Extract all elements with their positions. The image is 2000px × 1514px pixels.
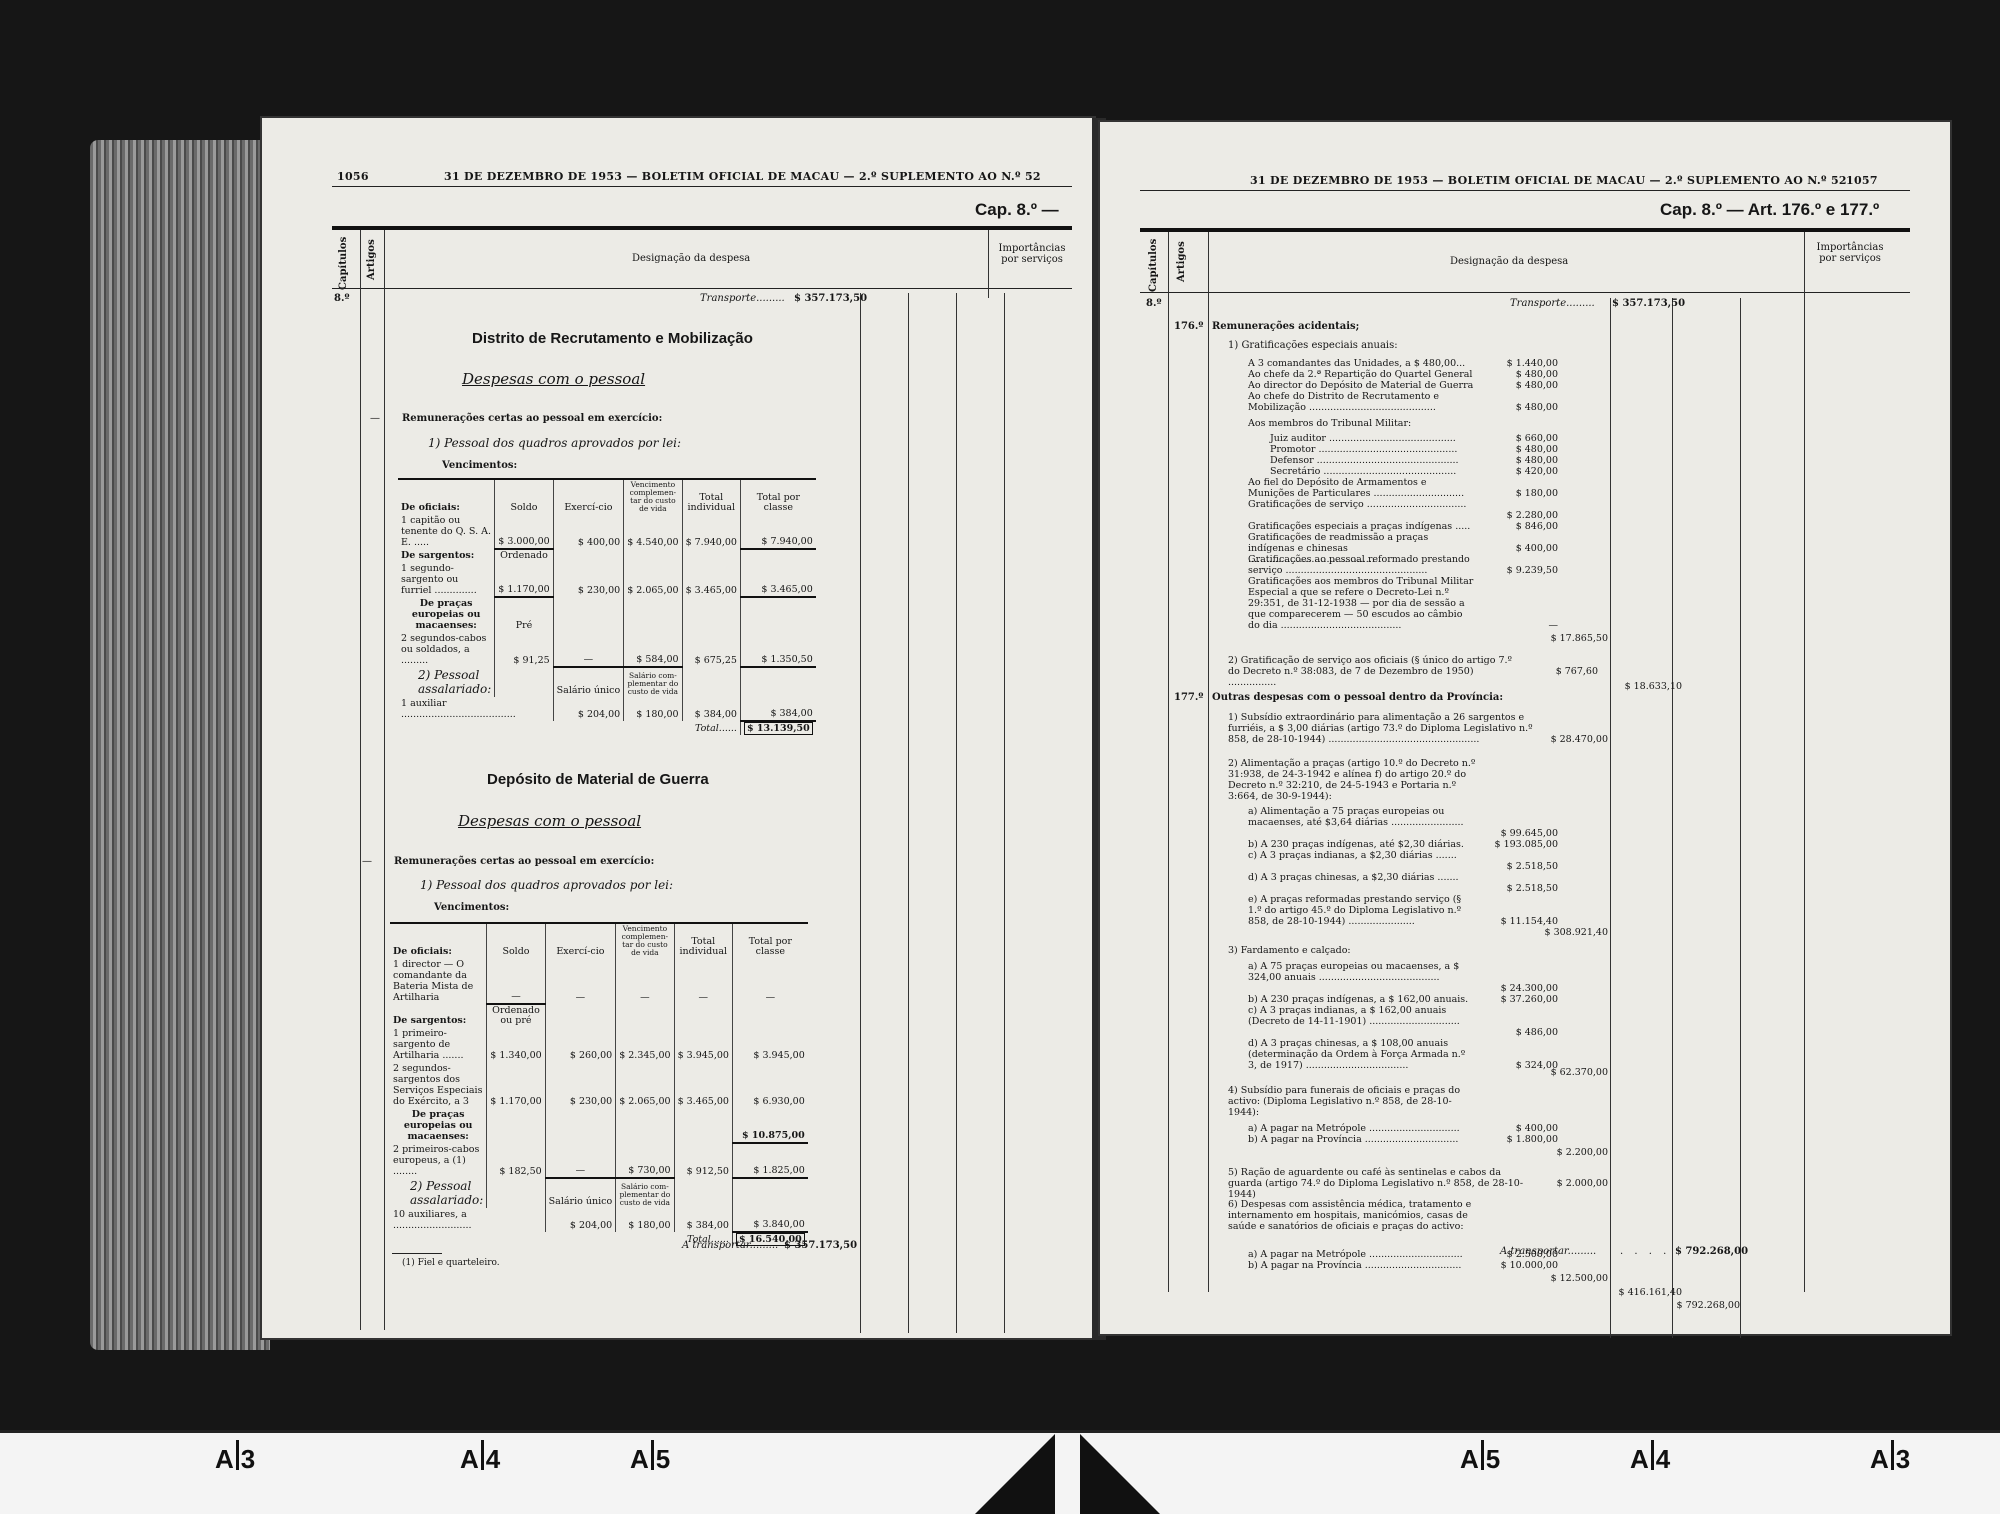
line-amount: $ 420,00 xyxy=(1478,466,1558,477)
table-row: 2 primeiros-cabos europeus, a (1) ......… xyxy=(390,1143,808,1178)
film-marker: A3 xyxy=(1870,1440,1910,1475)
column-header-artigos: Artigos xyxy=(1176,242,1187,282)
table-row: 1 primeiro-sargento de Artilharia ......… xyxy=(390,1027,808,1062)
transporte-value: $ 357.173,50 xyxy=(794,293,867,305)
line-item: Gratificações de serviço ...............… xyxy=(1248,499,1474,510)
line-amount: $ 2.518,50 xyxy=(1478,883,1558,894)
line-amount: $ 2.000,00 xyxy=(1500,1178,1608,1189)
column-header-artigos: Artigos xyxy=(366,240,377,280)
line-item: Ao director do Depósito de Material de G… xyxy=(1248,380,1474,391)
vencimentos-label: Vencimentos: xyxy=(434,902,509,914)
line-amount: $ 480,00 xyxy=(1478,444,1558,455)
table-row: 2 segundos-sargentos dos Serviços Especi… xyxy=(390,1062,808,1108)
chapter-heading: Cap. 8.º — Art. 176.º e 177.º xyxy=(1660,200,1879,220)
running-header: 31 DE DEZEMBRO DE 1953 — BOLETIM OFICIAL… xyxy=(444,170,1041,183)
item-heading: 1) Pessoal dos quadros aprovados por lei… xyxy=(428,436,681,450)
column-header-designacao: Designação da despesa xyxy=(632,253,750,264)
line-item: A 3 comandantes das Unidades, a $ 480,00… xyxy=(1248,358,1474,369)
section-title: Distrito de Recrutamento e Mobilização xyxy=(472,330,753,347)
dash-marker: — xyxy=(370,413,380,425)
page-number: 1056 xyxy=(337,170,369,183)
line-item: Secretário .............................… xyxy=(1270,466,1474,477)
line-amount: $ 180,00 xyxy=(1478,488,1558,499)
line-item: 6) Despesas com assistência médica, trat… xyxy=(1228,1199,1478,1232)
line-item: a) Alimentação a 75 praças europeias ou … xyxy=(1248,806,1474,828)
leader-dots: . . . . xyxy=(1620,1246,1670,1258)
column-header-capitulos: Capítulos xyxy=(338,240,349,290)
line-amount: $ 2.500,00 xyxy=(1478,1249,1558,1260)
line-item: 5) Ração de aguardente ou café às sentin… xyxy=(1228,1167,1538,1200)
line-item: Juiz auditor ...........................… xyxy=(1270,433,1474,444)
article-number: 176.º xyxy=(1174,321,1203,333)
vencimentos-label: Vencimentos: xyxy=(442,460,517,472)
section-title: Depósito de Material de Guerra xyxy=(487,771,709,788)
line-amount: $ 486,00 xyxy=(1478,1027,1558,1038)
line-item: Gratificações ao pessoal reformado prest… xyxy=(1248,554,1474,576)
chapter-heading: Cap. 8.º — xyxy=(975,200,1059,220)
line-amount: $ 11.154,40 xyxy=(1478,916,1558,927)
line-item: 4) Subsídio para funerais de oficiais e … xyxy=(1228,1085,1478,1118)
column-header-importancias: Importâncias por serviços xyxy=(992,243,1072,265)
class-subtotal: $ 10.875,00 xyxy=(732,1108,807,1143)
line-amount: $ 480,00 xyxy=(1478,402,1558,413)
line-amount: $ 2.280,00 xyxy=(1478,510,1558,521)
line-item: Ao fiel do Depósito de Armamentos e Muni… xyxy=(1248,477,1474,499)
line-item: Ao chefe da 2.ª Repartição do Quartel Ge… xyxy=(1248,369,1474,380)
item-heading: 1) Pessoal dos quadros aprovados por lei… xyxy=(420,878,673,892)
left-arrow-marker xyxy=(975,1434,1055,1514)
line-item: Gratificações especiais a praças indígen… xyxy=(1248,521,1474,532)
line-amount: $ 2.518,50 xyxy=(1478,861,1558,872)
item-heading: 1) Gratificações especiais anuais: xyxy=(1228,340,1398,352)
line-amount: $ 24.300,00 xyxy=(1478,983,1558,994)
column-header-importancias: Importâncias por serviços xyxy=(1810,242,1890,264)
line-item: Defensor ...............................… xyxy=(1270,455,1474,466)
book-page-edges xyxy=(90,140,270,1350)
section-heading: Remunerações certas ao pessoal em exercí… xyxy=(402,413,662,425)
line-amount: $ 99.645,00 xyxy=(1478,828,1558,839)
a-transportar-value: $ 792.268,00 xyxy=(1675,1246,1748,1258)
line-amount: $ 660,00 xyxy=(1478,433,1558,444)
column-header-capitulos: Capítulos xyxy=(1148,242,1159,292)
line-item: Aos membros do Tribunal Militar: xyxy=(1248,418,1508,429)
line-item: Promotor ...............................… xyxy=(1270,444,1474,455)
film-marker: A5 xyxy=(1460,1440,1500,1475)
film-marker: A5 xyxy=(630,1440,670,1475)
salary-table-2: De oficiais: Soldo Exercí-cio Vencimento… xyxy=(390,922,808,1246)
salary-table-1: De oficiais: Soldo Exercí-cio Vencimento… xyxy=(398,478,816,735)
right-arrow-marker xyxy=(1080,1434,1160,1514)
page-number: 1057 xyxy=(1846,174,1878,187)
article-total: $ 416.161,40 xyxy=(1612,1287,1682,1298)
column-header-designacao: Designação da despesa xyxy=(1450,256,1568,267)
line-amount: — xyxy=(1478,620,1558,631)
line-item: a) A pagar na Metrópole ................… xyxy=(1248,1249,1474,1260)
grand-total: $ 792.268,00 xyxy=(1675,1300,1740,1311)
left-page: 1056 31 DE DEZEMBRO DE 1953 — BOLETIM OF… xyxy=(262,118,1094,1338)
dash-marker: — xyxy=(362,856,372,868)
footnote: (1) Fiel e quarteleiro. xyxy=(402,1258,500,1269)
section-total: $ 13.139,50 xyxy=(744,722,813,735)
running-header: 31 DE DEZEMBRO DE 1953 — BOLETIM OFICIAL… xyxy=(1250,174,1847,187)
line-amount: $ 1.440,00 xyxy=(1478,358,1558,369)
line-item: Gratificações aos membros do Tribunal Mi… xyxy=(1248,576,1474,631)
table-row: 1 auxiliar .............................… xyxy=(398,697,816,721)
line-item: b) A 230 praças indígenas, até $2,30 diá… xyxy=(1248,839,1474,850)
item-subtotal: $ 12.500,00 xyxy=(1530,1273,1608,1284)
line-amount: $ 767,60 xyxy=(1500,666,1598,677)
item-subtotal: $ 17.865,50 xyxy=(1530,633,1608,644)
line-item: Ao chefe do Distrito de Recrutamento e M… xyxy=(1248,391,1474,413)
line-item: c) A 3 praças indianas, a $2,30 diárias … xyxy=(1248,850,1474,861)
line-item: 2) Alimentação a praças (artigo 10.º do … xyxy=(1228,758,1478,802)
line-item: d) A 3 praças chinesas, a $ 108,00 anuai… xyxy=(1248,1038,1474,1071)
film-marker: A4 xyxy=(1630,1440,1670,1475)
line-item: 3) Fardamento e calçado: xyxy=(1228,945,1478,956)
line-item: 1) Subsídio extraordinário para alimenta… xyxy=(1228,712,1538,745)
line-amount: $ 37.260,00 xyxy=(1478,994,1558,1005)
chapter-cell: 8.º xyxy=(1146,298,1161,310)
line-item: c) A 3 praças indianas, a $ 162,00 anuai… xyxy=(1248,1005,1474,1027)
chapter-cell: 8.º xyxy=(334,293,349,305)
section-subtitle: Despesas com o pessoal xyxy=(458,812,641,830)
article-number: 177.º xyxy=(1174,692,1203,704)
article-total: $ 18.633,10 xyxy=(1612,681,1682,692)
film-marker: A4 xyxy=(460,1440,500,1475)
film-marker: A3 xyxy=(215,1440,255,1475)
line-item: b) A pagar na Província ................… xyxy=(1248,1260,1474,1271)
line-item: b) A 230 praças indígenas, a $ 162,00 an… xyxy=(1248,994,1474,1005)
transporte-label: Transporte......... xyxy=(700,293,785,305)
line-item: a) A 75 praças europeias ou macaenses, a… xyxy=(1248,961,1474,983)
line-amount: $ 480,00 xyxy=(1478,380,1558,391)
line-item: d) A 3 praças chinesas, a $2,30 diárias … xyxy=(1248,872,1474,883)
a-transportar-label: A transportar......... xyxy=(682,1240,778,1252)
line-item: b) A pagar na Província ................… xyxy=(1248,1134,1474,1145)
table-row: 1 segundo-sargento ou furriel ..........… xyxy=(398,562,816,597)
table-row: 1 capitão ou tenente do Q. S. A. E. ....… xyxy=(398,514,816,549)
line-amount: $ 193.085,00 xyxy=(1478,839,1558,850)
table-row: 1 director — O comandante da Bateria Mis… xyxy=(390,958,808,1004)
item-subtotal: $ 62.370,00 xyxy=(1530,1067,1608,1078)
line-amount: $ 400,00 xyxy=(1478,1123,1558,1134)
section-subtitle: Despesas com o pessoal xyxy=(462,370,645,388)
item-subtotal: $ 308.921,40 xyxy=(1530,927,1608,938)
line-amount: $ 1.800,00 xyxy=(1478,1134,1558,1145)
line-item: a) A pagar na Metrópole ................… xyxy=(1248,1123,1474,1134)
line-amount: $ 846,00 xyxy=(1478,521,1558,532)
line-amount: $ 9.239,50 xyxy=(1478,565,1558,576)
transporte-value: $ 357.173,50 xyxy=(1612,298,1685,310)
line-amount: $ 480,00 xyxy=(1478,455,1558,466)
transporte-label: Transporte......... xyxy=(1510,298,1595,310)
article-title: Outras despesas com o pessoal dentro da … xyxy=(1212,692,1503,704)
line-amount: $ 400,00 xyxy=(1478,543,1558,554)
line-amount: $ 10.000,00 xyxy=(1478,1260,1558,1271)
line-item: 2) Gratificação de serviço aos oficiais … xyxy=(1228,655,1518,688)
line-item: e) A praças reformadas prestando serviço… xyxy=(1248,894,1474,927)
table-row: 2 segundos-cabos ou soldados, a ........… xyxy=(398,632,816,667)
a-transportar-value: $ 357.173,50 xyxy=(784,1240,857,1252)
article-title: Remunerações acidentais; xyxy=(1212,321,1359,333)
section-heading: Remunerações certas ao pessoal em exercí… xyxy=(394,856,654,868)
item-subtotal: $ 2.200,00 xyxy=(1530,1147,1608,1158)
line-amount: $ 480,00 xyxy=(1478,369,1558,380)
line-amount: $ 28.470,00 xyxy=(1530,734,1608,745)
right-page: 31 DE DEZEMBRO DE 1953 — BOLETIM OFICIAL… xyxy=(1100,122,1950,1334)
table-row: 10 auxiliares, a .......................… xyxy=(390,1208,808,1232)
